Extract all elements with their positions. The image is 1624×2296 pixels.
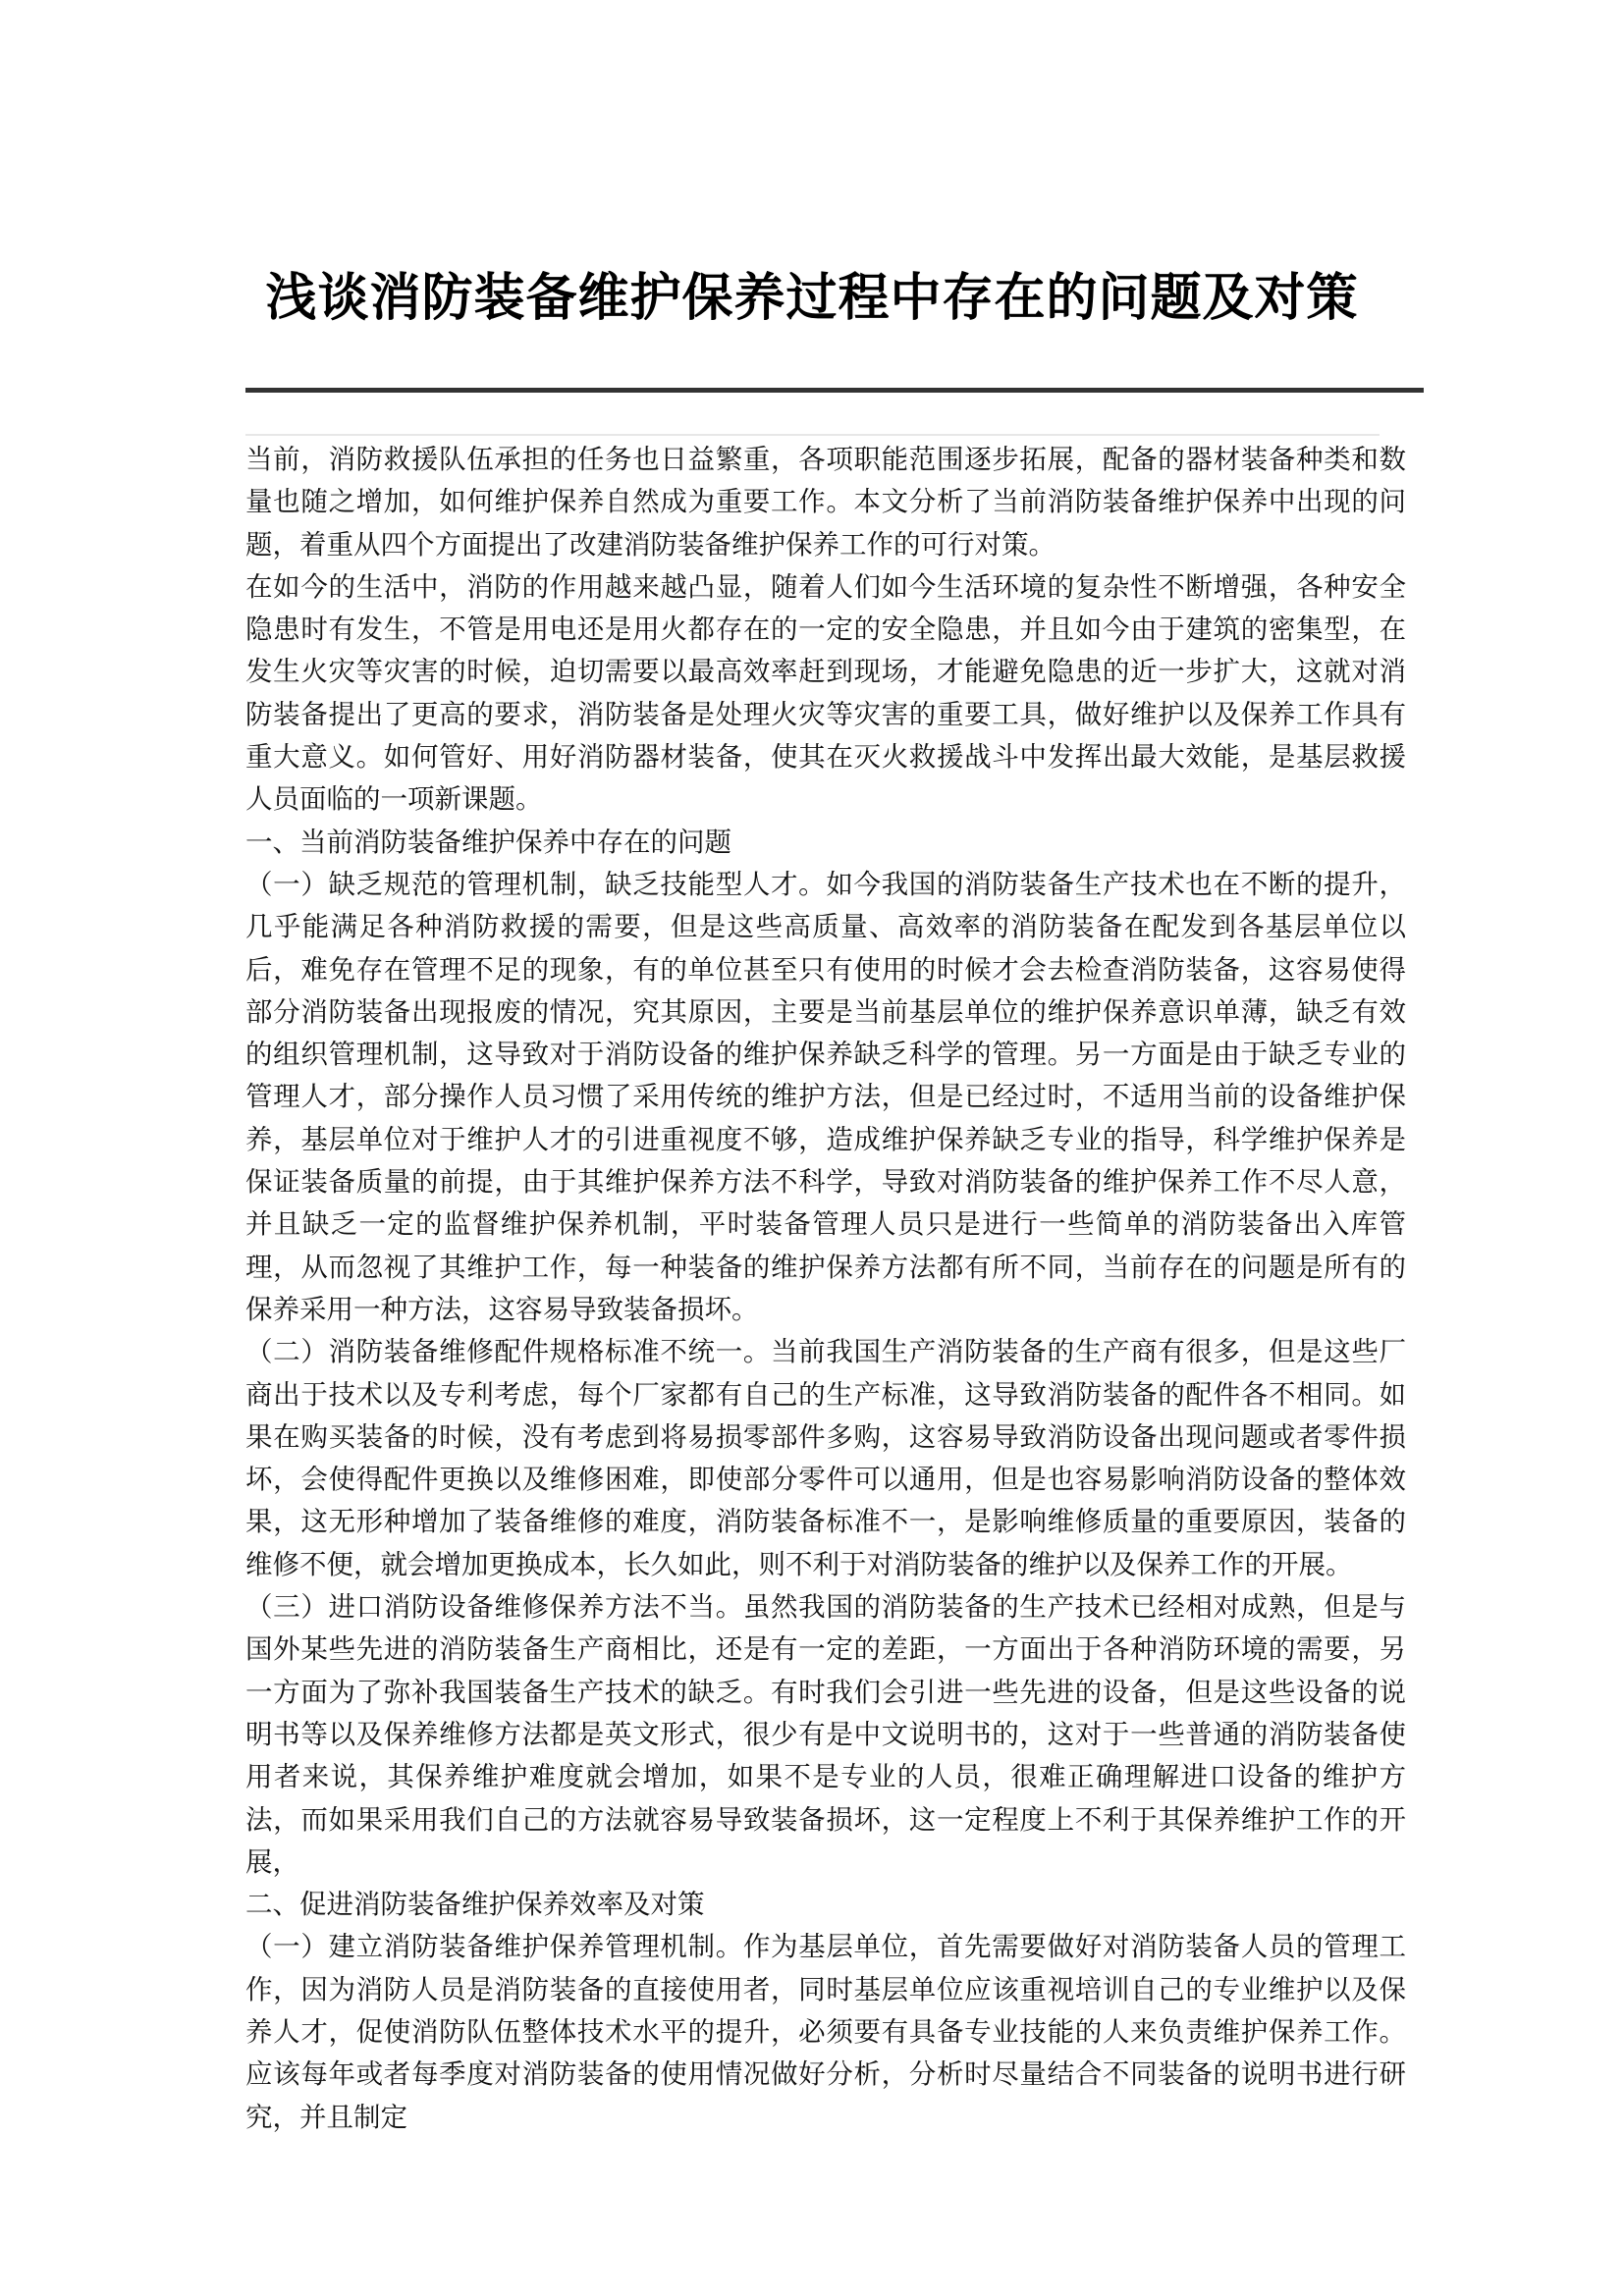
section-heading: 二、促进消防装备维护保养效率及对策 — [245, 1883, 1406, 1925]
title-underline-rule — [245, 388, 1424, 393]
paragraph: 在如今的生活中，消防的作用越来越凸显，随着人们如今生活环境的复杂性不断增强，各种… — [245, 565, 1406, 821]
paragraph: （一）建立消防装备维护保养管理机制。作为基层单位，首先需要做好对消防装备人员的管… — [245, 1925, 1406, 2137]
section-heading: 一、当前消防装备维护保养中存在的问题 — [245, 821, 1406, 863]
document-page: 浅谈消防装备维护保养过程中存在的问题及对策 当前，消防救援队伍承担的任务也日益繁… — [0, 0, 1624, 2296]
document-body: 当前，消防救援队伍承担的任务也日益繁重，各项职能范围逐步拓展，配备的器材装备种类… — [245, 438, 1406, 2138]
paragraph: 当前，消防救援队伍承担的任务也日益繁重，各项职能范围逐步拓展，配备的器材装备种类… — [245, 438, 1406, 565]
document-title: 浅谈消防装备维护保养过程中存在的问题及对策 — [0, 265, 1624, 332]
paragraph: （一）缺乏规范的管理机制，缺乏技能型人才。如今我国的消防装备生产技术也在不断的提… — [245, 863, 1406, 1330]
paragraph: （三）进口消防设备维修保养方法不当。虽然我国的消防装备的生产技术已经相对成熟，但… — [245, 1585, 1406, 1883]
paragraph: （二）消防装备维修配件规格标准不统一。当前我国生产消防装备的生产商有很多，但是这… — [245, 1330, 1406, 1585]
body-top-rule — [245, 434, 1380, 436]
